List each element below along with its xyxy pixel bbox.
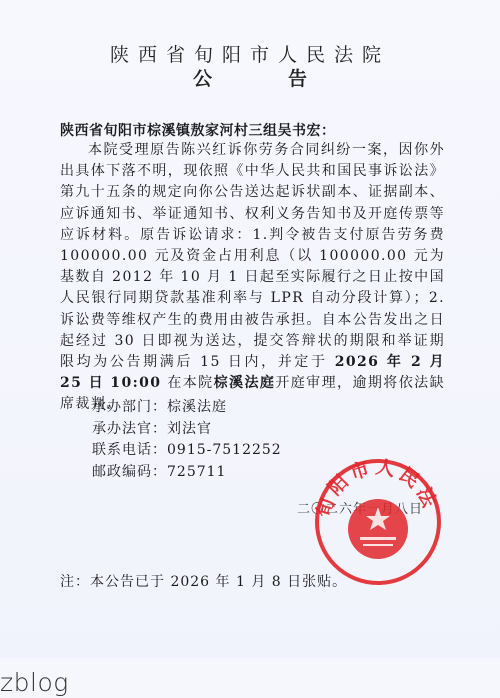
body-text-mid: 在本院 [161,375,213,391]
body-text-main: 本院受理原告陈兴红诉你劳务合同纠纷一案，因你外出具体下落不明，现依照《中华人民共… [60,142,445,370]
title-char-1: 公 [193,64,212,91]
notice-body: 本院受理原告陈兴红诉你劳务合同纠纷一案，因你外出具体下落不明，现依照《中华人民共… [60,140,445,416]
notice-title: 公告 [0,64,500,91]
contact-info: 承办部门：棕溪法庭 承办法官：刘法官 联系电话：0915-7512252 邮政编… [92,397,282,483]
footnote: 注：本公告已于 2026 年 1 月 8 日张贴。 [60,571,347,591]
court-seal-icon: 旬阳市人民法院 [313,457,443,587]
department: 承办部门：棕溪法庭 [92,397,282,419]
hearing-venue: 棕溪法庭 [214,375,276,391]
court-name: 陕西省旬阳市人民法院 [0,40,500,67]
addressee: 陕西省旬阳市棕溪镇敖家河村三组吴书宏： [60,120,336,140]
postcode: 邮政编码：725711 [92,462,282,484]
watermark: zblog [0,668,69,697]
phone: 联系电话：0915-7512252 [92,440,282,462]
notice-document: 陕西省旬阳市人民法院 公告 陕西省旬阳市棕溪镇敖家河村三组吴书宏： 本院受理原告… [0,0,500,658]
judge: 承办法官：刘法官 [92,419,282,441]
title-char-2: 告 [288,64,307,91]
